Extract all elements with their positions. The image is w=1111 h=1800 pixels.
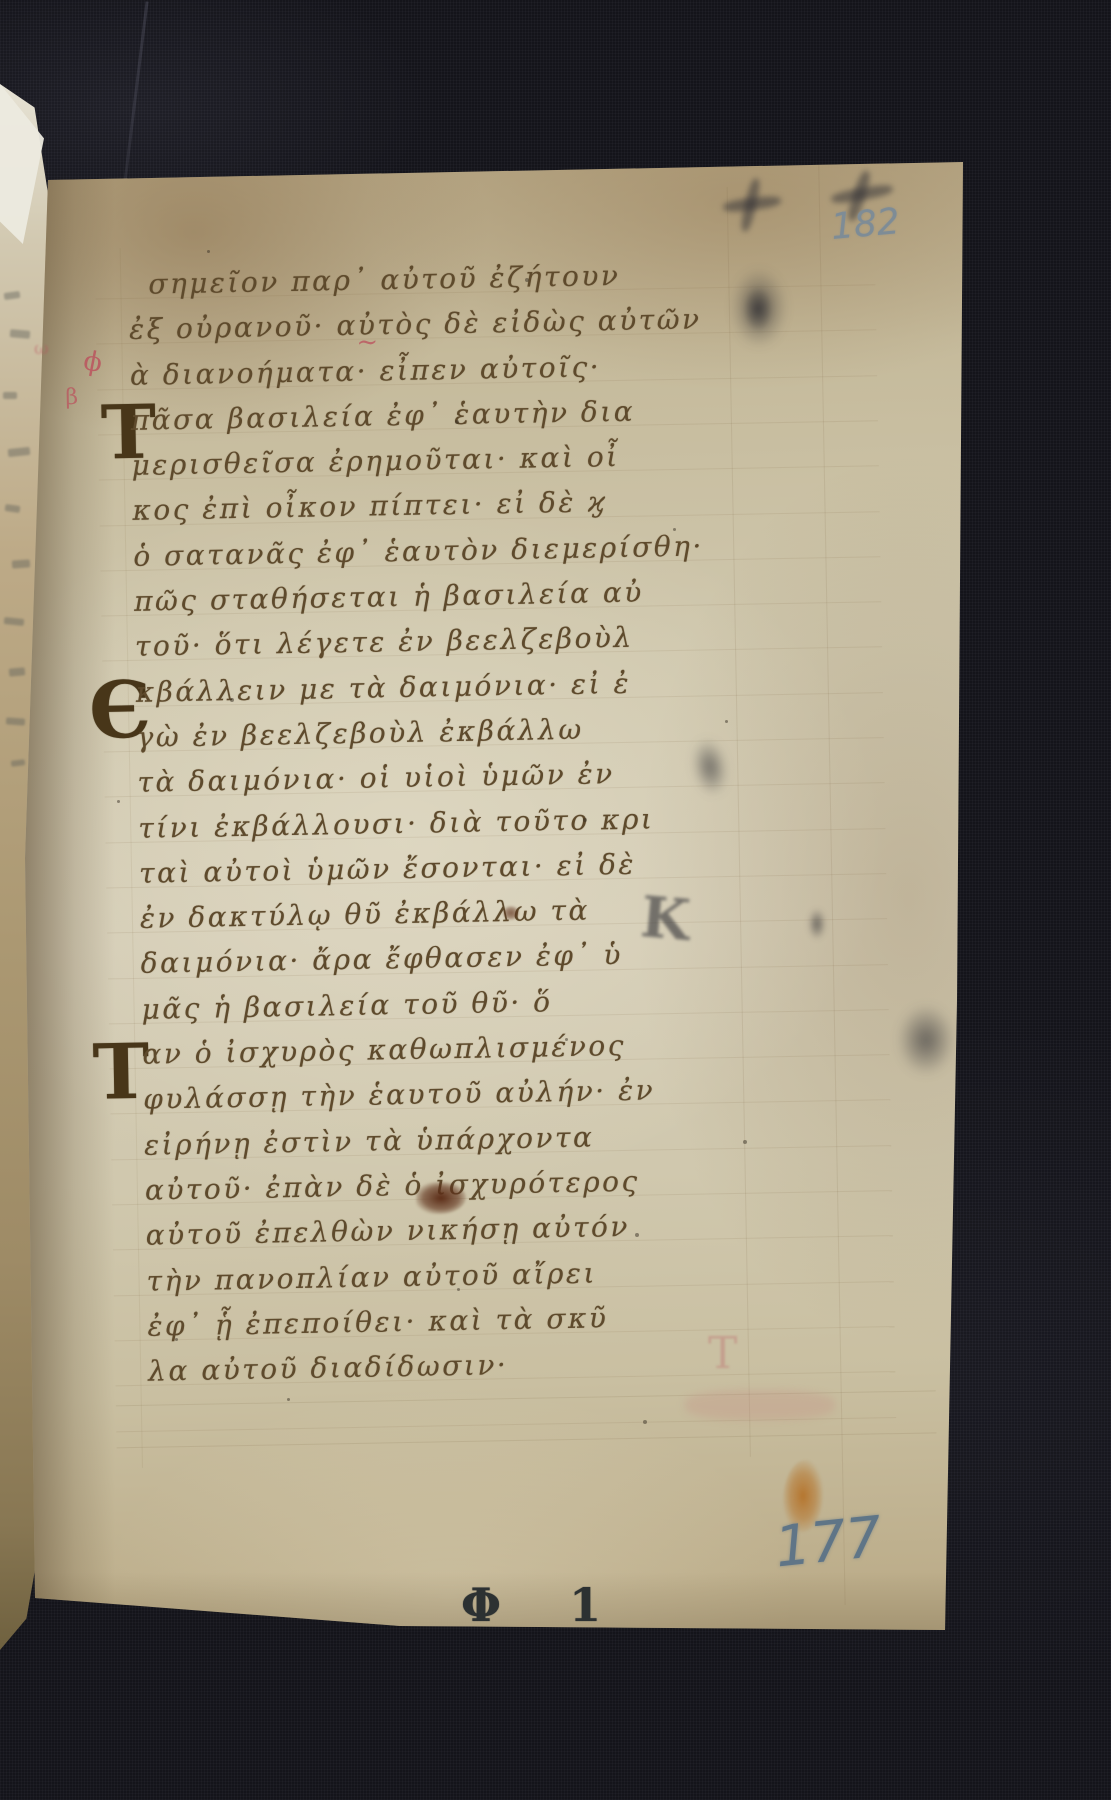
quire-mark: Φ 1 bbox=[461, 1578, 627, 1632]
manuscript-photograph: Τ Є Τ σημεῖον παρ᾽ αὐτοῦ ἐζήτουνἐξ οὐραν… bbox=[0, 0, 1111, 1800]
small-smudge-dot bbox=[808, 908, 826, 940]
offset-kappa-smudge: Κ bbox=[638, 884, 692, 954]
dirt-speck bbox=[117, 800, 120, 803]
dirt-speck bbox=[525, 278, 529, 282]
bleed-text-fragment bbox=[10, 329, 31, 339]
written-area: Τ Є Τ σημεῖον παρ᾽ αὐτοῦ ἐζήτουνἐξ οὐραν… bbox=[23, 143, 990, 1644]
dirt-speck bbox=[287, 1398, 290, 1401]
dirt-speck bbox=[207, 250, 210, 253]
rubric-phi-mark: ϕ bbox=[81, 345, 105, 379]
rubric-beta-mark: β bbox=[65, 385, 78, 410]
page-number-top: 182 bbox=[829, 201, 901, 248]
ruling-line bbox=[117, 1432, 937, 1448]
faded-red-patch bbox=[685, 1390, 835, 1420]
bleed-text-fragment bbox=[3, 392, 17, 399]
parchment-page: Τ Є Τ σημεῖον παρ᾽ αὐτοῦ ἐζήτουνἐξ οὐραν… bbox=[25, 158, 965, 1642]
underleaf-red-trace: ω bbox=[34, 338, 49, 359]
dirt-speck bbox=[643, 1420, 647, 1424]
dirt-speck bbox=[230, 698, 234, 702]
dirt-speck bbox=[583, 818, 587, 822]
dirt-speck bbox=[455, 420, 459, 424]
edge-smudge bbox=[897, 1004, 955, 1076]
dirt-speck bbox=[743, 1140, 747, 1144]
ink-blot-line1-core bbox=[743, 286, 773, 332]
dirt-speck bbox=[175, 1338, 178, 1341]
dirt-speck bbox=[673, 528, 676, 531]
rubric-tilde-mark: ∼ bbox=[356, 327, 378, 357]
dirt-speck bbox=[357, 858, 360, 861]
dirt-speck bbox=[725, 720, 728, 723]
faded-red-tau: Τ bbox=[708, 1328, 737, 1379]
dirt-speck bbox=[565, 1038, 568, 1041]
bleed-text-fragment bbox=[9, 667, 26, 676]
page-number-bottom: 177 bbox=[772, 1505, 885, 1581]
dirt-speck bbox=[457, 1288, 460, 1291]
dirt-speck bbox=[635, 1233, 639, 1237]
bleed-text-fragment bbox=[12, 559, 31, 568]
bleed-text-fragment bbox=[6, 717, 25, 725]
ruling-line bbox=[818, 155, 846, 1605]
